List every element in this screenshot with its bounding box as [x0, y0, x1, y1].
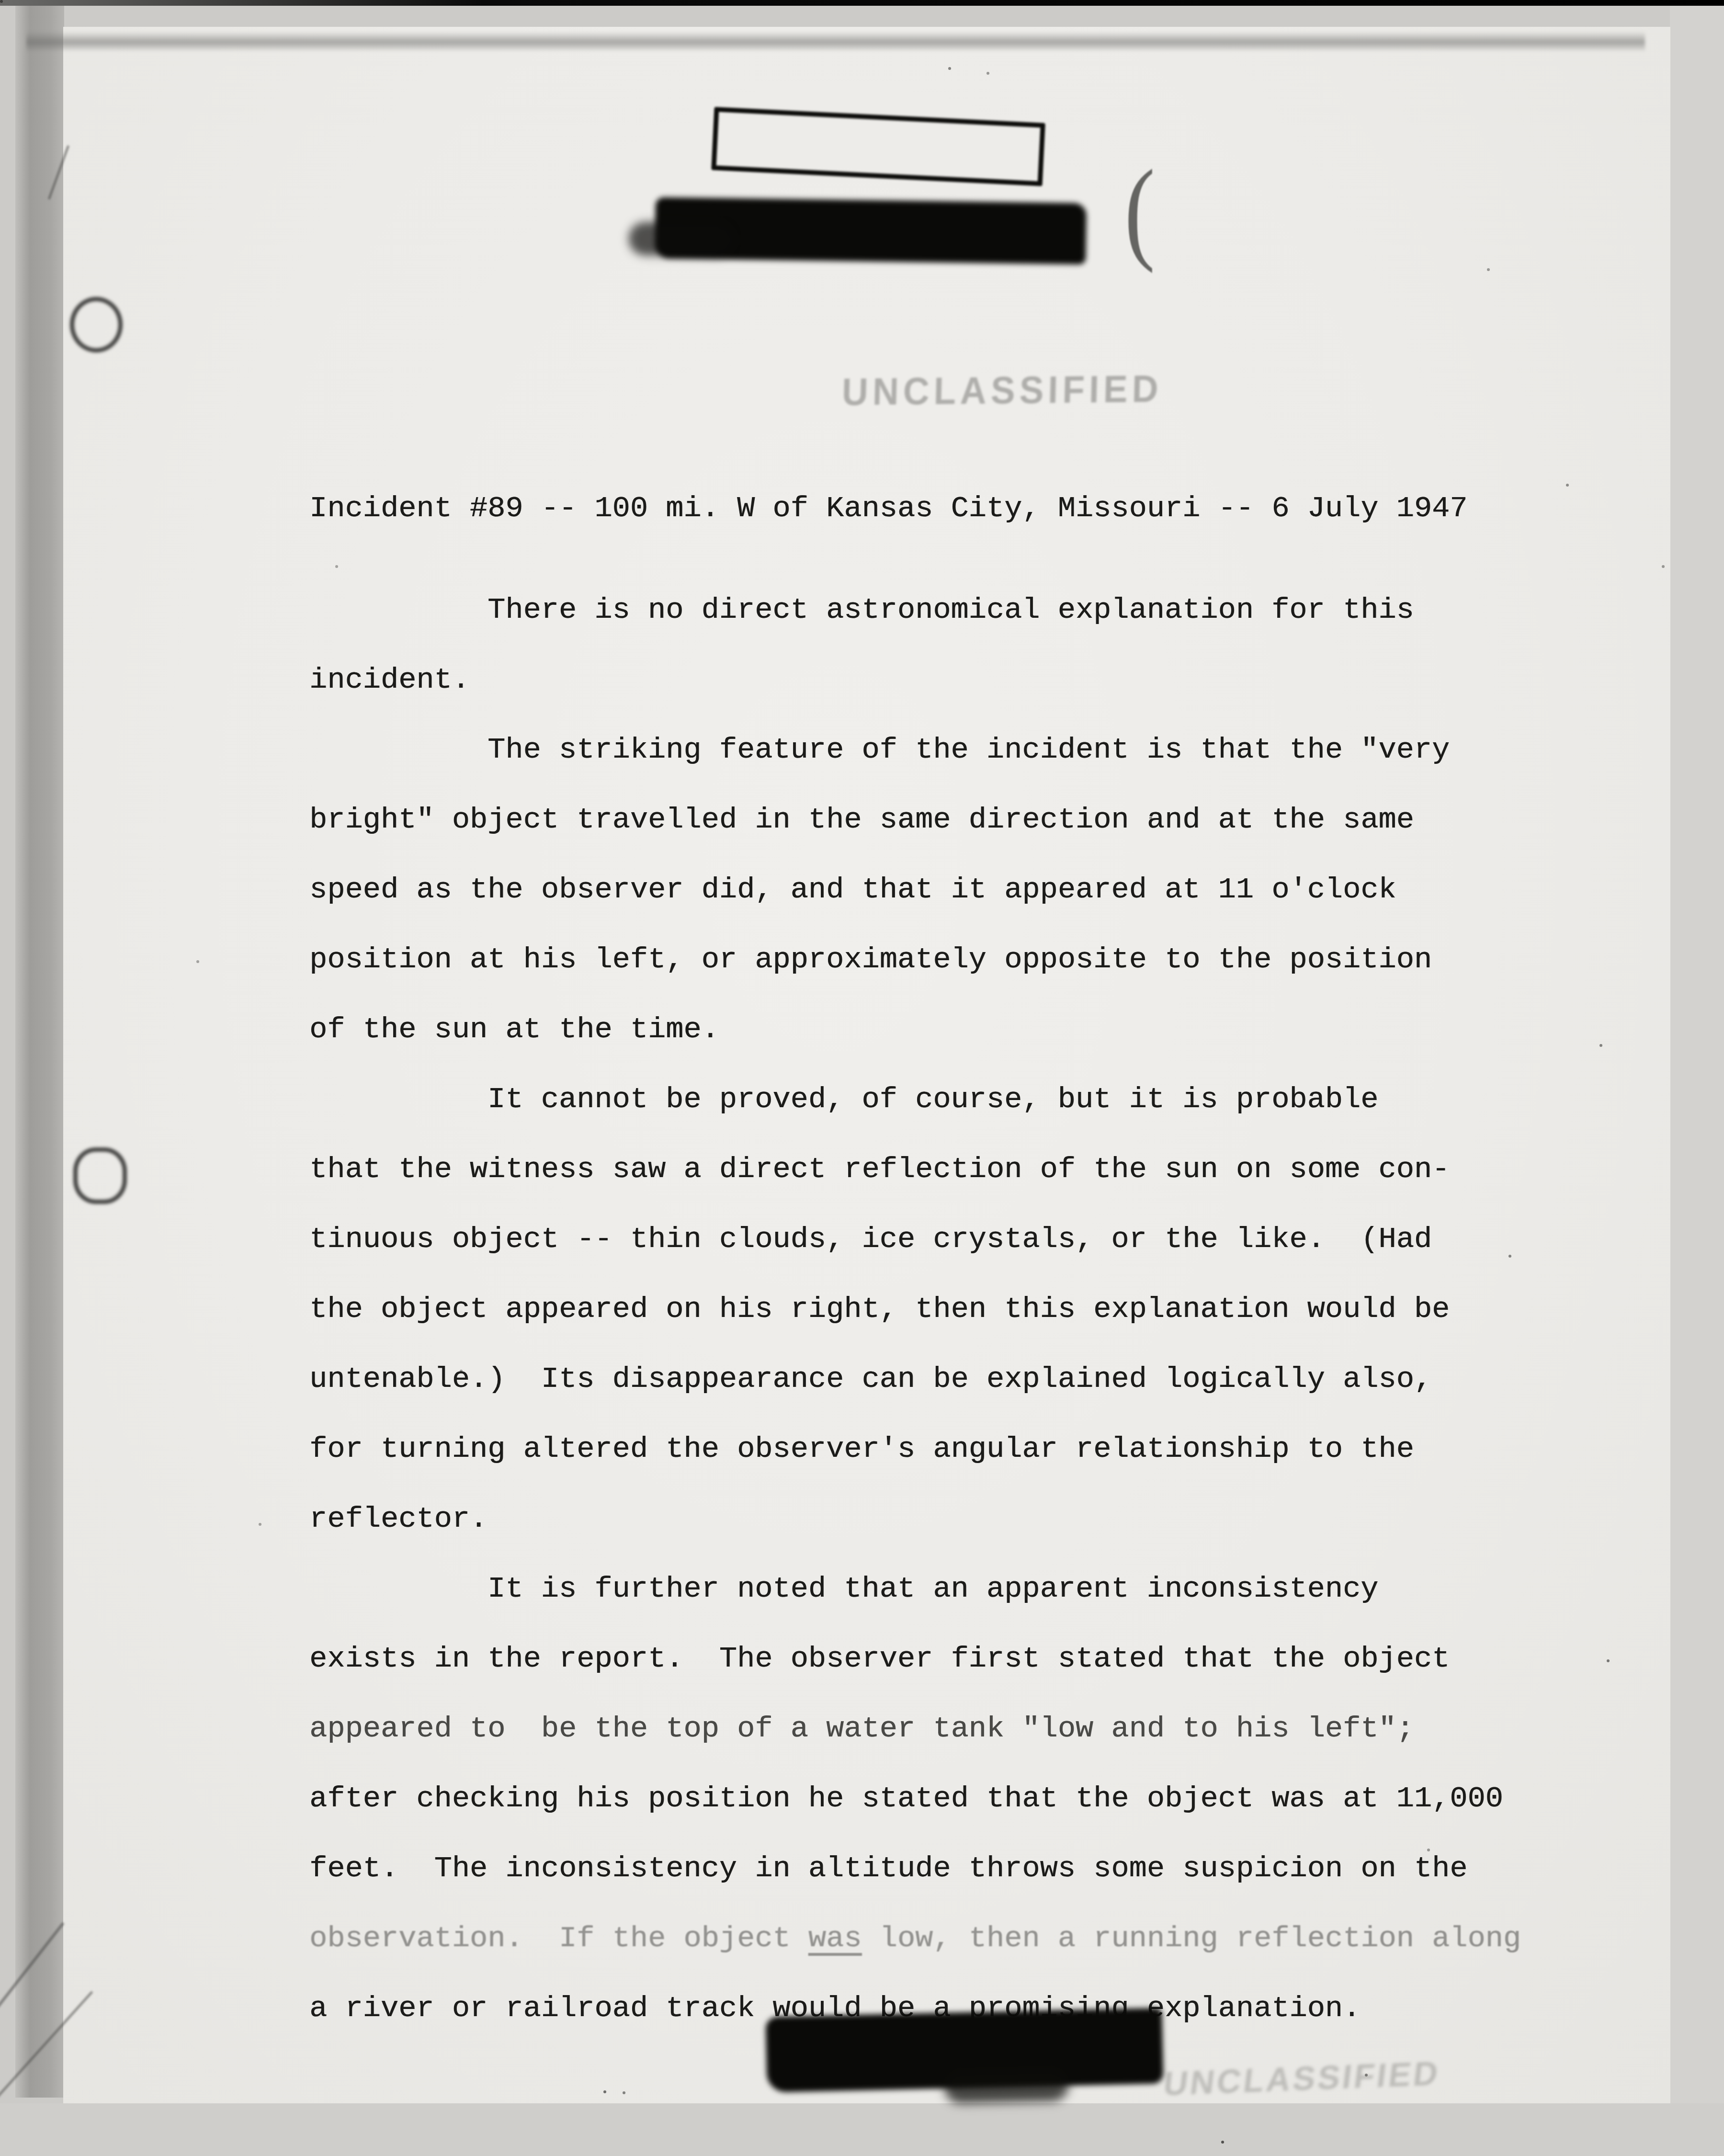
typed-line: bright" object travelled in the same dir… [309, 803, 1521, 873]
typed-line: reflector. [309, 1502, 1521, 1572]
paper-specks [0, 0, 3, 3]
typed-line: incident. [309, 663, 1521, 733]
scan-right-band [1670, 6, 1724, 2156]
scan-top-edge [0, 0, 1724, 6]
typed-line: after checking his position he stated th… [309, 1782, 1521, 1851]
unclassified-stamp-top: UNCLASSIFIED [841, 367, 1163, 414]
typed-line: tinuous object -- thin clouds, ice cryst… [309, 1222, 1521, 1292]
hole-punch-ring-middle [73, 1147, 127, 1204]
typed-line: feet. The inconsistency in altitude thro… [309, 1851, 1521, 1921]
document-scan: UNCLASSIFIED ( Incident #89 -- 100 mi. W… [0, 0, 1724, 2156]
typed-line: exists in the report. The observer first… [309, 1642, 1521, 1712]
scan-bottom-band [0, 2103, 1724, 2156]
typed-line: position at his left, or approximately o… [309, 942, 1521, 1012]
typed-line: of the sun at the time. [309, 1012, 1521, 1082]
typed-line: the object appeared on his right, then t… [309, 1292, 1521, 1362]
typed-line: speed as the observer did, and that it a… [309, 873, 1521, 942]
typed-line: There is no direct astronomical explanat… [309, 593, 1521, 663]
scan-streak [26, 32, 1645, 51]
typed-line: for turning altered the observer's angul… [309, 1432, 1521, 1502]
underlined-word: was [808, 1921, 862, 1955]
stray-parenthesis-mark: ( [1124, 144, 1155, 276]
scan-left-band [15, 4, 64, 2098]
redaction-mark-bottom [765, 2008, 1163, 2093]
typed-line: appeared to be the top of a water tank "… [309, 1712, 1521, 1782]
typed-line: observation. If the object was low, then… [309, 1921, 1521, 1991]
hole-punch-ring-top [70, 297, 123, 352]
typed-line: untenable.) Its disappearance can be exp… [309, 1362, 1521, 1432]
typed-line: that the witness saw a direct reflection… [309, 1152, 1521, 1222]
typed-line: It cannot be proved, of course, but it i… [309, 1082, 1521, 1152]
incident-title-line: Incident #89 -- 100 mi. W of Kansas City… [309, 491, 1467, 525]
typed-lines: There is no direct astronomical explanat… [309, 593, 1521, 2061]
redaction-mark-top [655, 197, 1087, 265]
typed-line: It is further noted that an apparent inc… [309, 1572, 1521, 1642]
typed-line: The striking feature of the incident is … [309, 733, 1521, 803]
